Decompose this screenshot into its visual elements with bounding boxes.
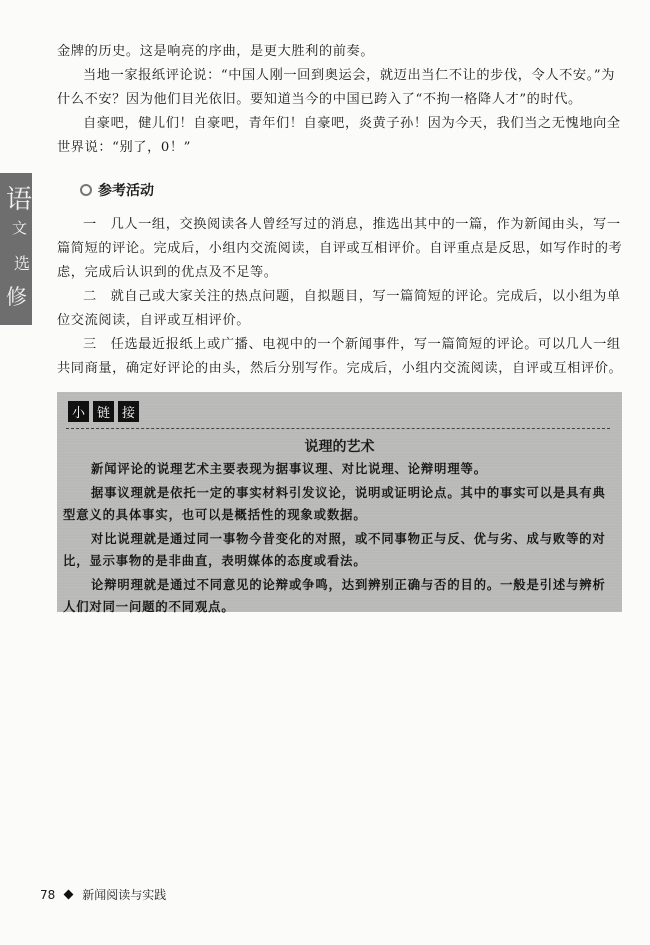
page-footer: 78 新闻阅读与实践 bbox=[40, 886, 166, 903]
circle-bullet-icon bbox=[80, 184, 92, 196]
link-paragraph-1: 新闻评论的说理艺术主要表现为据事议理、对比说理、论辩明理等。 bbox=[63, 458, 613, 480]
side-tab-char: 修 bbox=[6, 281, 27, 311]
link-paragraph-4: 论辩明理就是通过不同意见的论辩或争鸣，达到辨别正确与否的目的。一般是引述与辨析人… bbox=[63, 574, 613, 617]
badge-char: 小 bbox=[68, 401, 89, 422]
activity-item-3: 三 任选最近报纸上或广播、电视中的一个新闻事件，写一篇简短的评论。可以几人一组共… bbox=[57, 333, 625, 381]
body-paragraph-3: 自豪吧，健儿们！自豪吧，青年们！自豪吧，炎黄子孙！因为今天，我们当之无愧地向全世… bbox=[57, 112, 625, 160]
badge-char: 链 bbox=[93, 401, 114, 422]
side-tab-char: 选 bbox=[14, 251, 30, 274]
link-sidebar-box: 小 链 接 说理的艺术 新闻评论的说理艺术主要表现为据事议理、对比说理、论辩明理… bbox=[57, 392, 622, 612]
dashed-divider bbox=[66, 428, 610, 429]
activities-heading-label: 参考活动 bbox=[98, 180, 154, 200]
link-paragraph-3: 对比说理就是通过同一事物今昔变化的对照，或不同事物正与反、优与劣、成与败等的对比… bbox=[63, 528, 613, 571]
link-box-title: 说理的艺术 bbox=[57, 436, 622, 456]
diamond-separator-icon bbox=[64, 890, 74, 900]
activities-heading: 参考活动 bbox=[80, 180, 154, 200]
side-tab-char: 文 bbox=[12, 217, 27, 238]
link-badges: 小 链 接 bbox=[68, 401, 139, 422]
book-title: 新闻阅读与实践 bbox=[82, 886, 166, 903]
body-paragraph-2: 当地一家报纸评论说：“中国人刚一回到奥运会，就迈出当仁不让的步伐，令人不安。”为… bbox=[57, 64, 625, 112]
link-paragraph-2: 据事议理就是依托一定的事实材料引发议论，说明或证明论点。其中的事实可以是具有典型… bbox=[63, 482, 613, 525]
page-number: 78 bbox=[40, 888, 55, 902]
body-paragraph-1: 金牌的历史。这是响亮的序曲，是更大胜利的前奏。 bbox=[57, 40, 625, 64]
activity-item-2: 二 就自己或大家关注的热点问题，自拟题目，写一篇简短的评论。完成后，以小组为单位… bbox=[57, 285, 625, 333]
badge-char: 接 bbox=[118, 401, 139, 422]
activity-item-1: 一 几人一组，交换阅读各人曾经写过的消息，推选出其中的一篇，作为新闻由头，写一篇… bbox=[57, 213, 625, 285]
side-tab-char: 语 bbox=[6, 179, 32, 216]
side-tab-yuwen-xuanxiu: 语 文 选 修 bbox=[0, 173, 32, 325]
